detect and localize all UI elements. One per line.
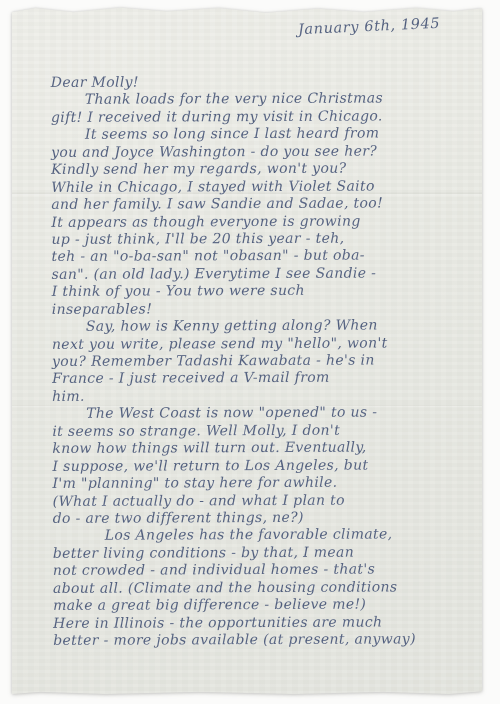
letter-paper: January 6th, 1945 Dear Molly!Thank loads… bbox=[12, 6, 482, 694]
letter-line: you and Joyce Washington - do you see he… bbox=[51, 143, 477, 162]
letter-date: January 6th, 1945 bbox=[298, 16, 441, 38]
letter-line: and her family. I saw Sandie and Sadae, … bbox=[51, 195, 477, 214]
letter-line: teh - an "o-ba-san" not "obasan" - but o… bbox=[52, 247, 478, 266]
letter-line: Here in Illinois - the opportunities are… bbox=[53, 614, 479, 633]
letter-line: (What I actually do - and what I plan to bbox=[53, 492, 479, 511]
letter-line: I think of you - You two were such bbox=[52, 282, 478, 301]
letter-line: I suppose, we'll return to Los Angeles, … bbox=[52, 457, 478, 476]
paper-sheet: January 6th, 1945 Dear Molly!Thank loads… bbox=[12, 6, 482, 694]
letter-line: do - are two different things, ne?) bbox=[53, 509, 479, 528]
letter-line: Thank loads for the very nice Christmas bbox=[51, 91, 477, 110]
letter-line: him. bbox=[52, 387, 478, 406]
letter-line: san". (an old lady.) Everytime I see San… bbox=[52, 265, 478, 284]
letter-line: Los Angeles has the favorable climate, bbox=[53, 526, 479, 545]
letter-line: Dear Molly! bbox=[51, 73, 477, 92]
letter-line: not crowded - and individual homes - tha… bbox=[53, 561, 479, 580]
letter-line: about all. (Climate and the housing cond… bbox=[53, 579, 479, 598]
letter-line: While in Chicago, I stayed with Violet S… bbox=[51, 178, 477, 197]
letter-line: I'm "planning" to stay here for awhile. bbox=[52, 474, 478, 493]
scan-page: { "colors": { "background": "#fbfbfa", "… bbox=[0, 0, 500, 704]
letter-line: better - more jobs available (at present… bbox=[53, 631, 479, 650]
letter-line: you? Remember Tadashi Kawabata - he's in bbox=[52, 352, 478, 371]
letter-line: make a great big difference - believe me… bbox=[53, 596, 479, 615]
letter-body: Dear Molly!Thank loads for the very nice… bbox=[51, 73, 480, 650]
letter-line: it seems so strange. Well Molly, I don't bbox=[52, 422, 478, 441]
letter-line: next you write, please send my "hello", … bbox=[52, 335, 478, 354]
letter-line: It seems so long since I last heard from bbox=[51, 125, 477, 144]
letter-line: better living conditions - by that, I me… bbox=[53, 544, 479, 563]
letter-line: know how things will turn out. Eventuall… bbox=[52, 439, 478, 458]
letter-line: inseparables! bbox=[52, 300, 478, 319]
letter-line: Say, how is Kenny getting along? When bbox=[52, 317, 478, 336]
letter-line: up - just think, I'll be 20 this year - … bbox=[51, 230, 477, 249]
letter-line: The West Coast is now "opened" to us - bbox=[52, 404, 478, 423]
letter-line: France - I just received a V-mail from bbox=[52, 370, 478, 389]
letter-line: gift! I received it during my visit in C… bbox=[51, 108, 477, 127]
letter-line: It appears as though everyone is growing bbox=[51, 213, 477, 232]
letter-line: Kindly send her my regards, won't you? bbox=[51, 160, 477, 179]
